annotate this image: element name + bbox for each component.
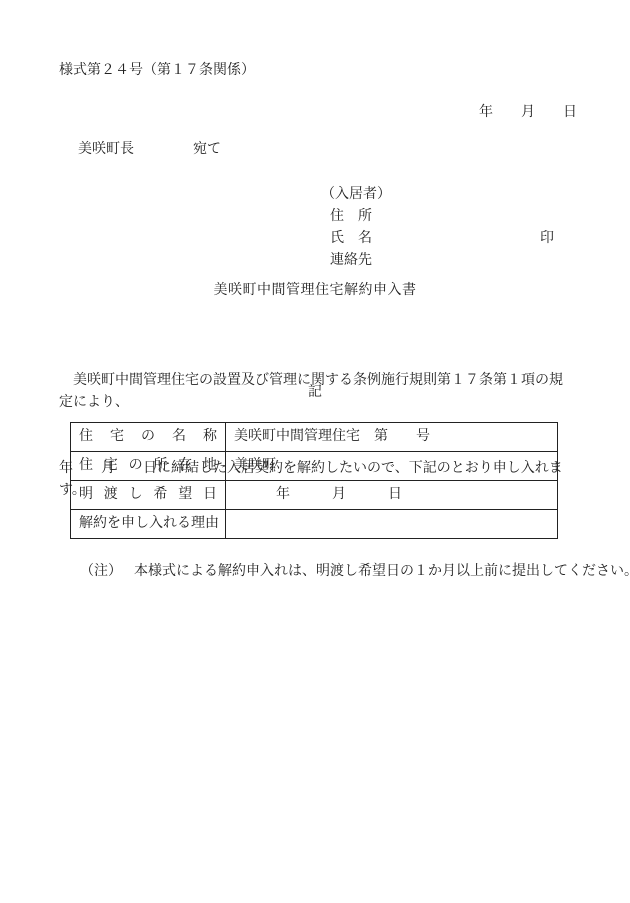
note-text: 本様式による解約申入れは、明渡し希望日の１か月以上前に提出してください。 [134,565,630,579]
table-row-cancellation-reason: 解約を申し入れる理由 [71,510,558,539]
housing-location-value: 美咲町 [226,452,558,481]
applicant-group-label: （入居者） [321,188,391,202]
vacate-date-label: 明渡し希望日 [71,481,226,510]
form-document-page: 様式第２４号（第１７条関係） 年 月 日 美咲町長 宛て （入居者） 住 所 氏… [0,0,630,903]
applicant-contact-label: 連絡先 [330,254,372,268]
document-title: 美咲町中間管理住宅解約申入書 [0,284,630,298]
housing-name-value: 美咲町中間管理住宅 第 号 [226,423,558,452]
table-row-vacate-date: 明渡し希望日 年 月 日 [71,481,558,510]
form-number: 様式第２４号（第１７条関係） [59,64,255,78]
seal-mark: 印 [540,232,554,246]
addressee-suffix: 宛て [193,143,221,157]
vacate-date-value: 年 月 日 [226,481,558,510]
table-row-housing-location: 住宅の所在地 美咲町 [71,452,558,481]
note-label: （注） [80,565,122,579]
housing-location-label: 住宅の所在地 [71,452,226,481]
cancellation-reason-value [226,510,558,539]
cancellation-reason-label: 解約を申し入れる理由 [71,510,226,539]
cancellation-details-table: 住宅の名称 美咲町中間管理住宅 第 号 住宅の所在地 美咲町 明渡し希望日 年 … [70,422,558,539]
table-row-housing-name: 住宅の名称 美咲町中間管理住宅 第 号 [71,423,558,452]
housing-name-label: 住宅の名称 [71,423,226,452]
date-line: 年 月 日 [479,106,577,120]
record-mark: 記 [0,386,630,400]
applicant-address-label: 住 所 [330,210,372,224]
applicant-name-label: 氏 名 [330,232,372,246]
addressee-name: 美咲町長 [78,143,134,157]
